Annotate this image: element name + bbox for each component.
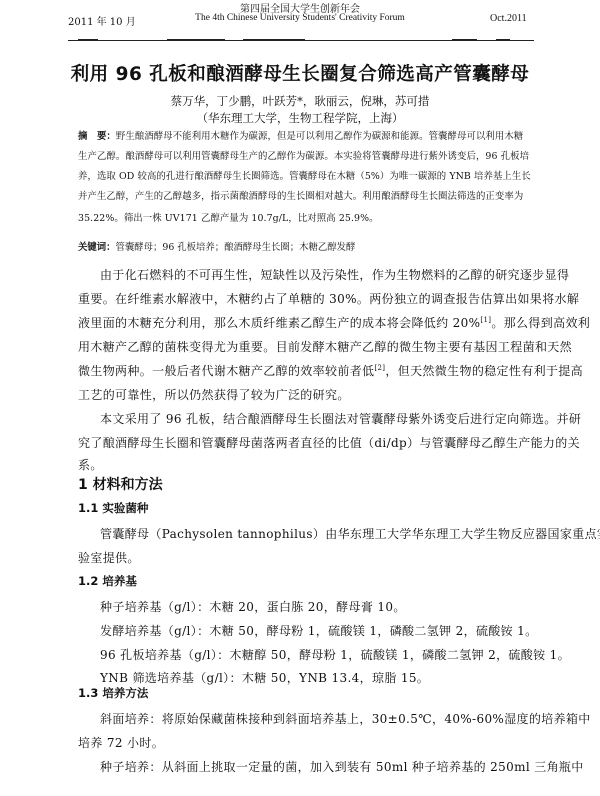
body-line: 管囊酵母（Pachysolen tannophilus）由华东理工大学华东理工大… (100, 525, 600, 542)
body-line: 培养 72 小时。 (78, 734, 164, 751)
medium-line: 种子培养基（g/l）：木糖 20，蛋白胨 20，酵母膏 10。 (100, 598, 406, 615)
citation[interactable]: [2] (374, 364, 385, 372)
section-heading: 1 材料和方法 (78, 474, 163, 494)
body-line: 重要。在纤维素水解液中，木糖约占了单糖的 30%。两份独立的调查报告估算出如果将… (78, 290, 579, 307)
body-line: 由于化石燃料的不可再生性，短缺性以及污染性，作为生物燃料的乙醇的研究逐步显得 (100, 266, 569, 283)
medium-line: 96 孔板培养基（g/l）：木糖醇 50，酵母粉 1，硫酸镁 1，磷酸二氢钾 2… (100, 646, 570, 663)
citation[interactable]: [1] (480, 316, 491, 324)
abstract-line: 35.22%。筛出一株 UV171 乙醇产量为 10.7g/L，比对照高 25.… (78, 210, 379, 224)
medium-line: YNB 筛选培养基（g/l）：木糖 50，YNB 13.4，琼脂 15。 (100, 669, 429, 686)
body-line: 验室提供。 (78, 549, 140, 566)
body-line: 系。 (78, 456, 103, 473)
abstract-line: 养，选取 OD 较高的孔进行酿酒酵母生长圈筛选。管囊酵母在木糖（5%）为唯一碳源… (78, 168, 531, 182)
abstract-label: 摘 要： (78, 131, 116, 142)
body-line: 究了酿酒酵母生长圈和管囊酵母菌落两者直径的比值（di/dp）与管囊酵母乙醇生产能… (78, 434, 580, 451)
header-rule-segment (452, 39, 477, 41)
header-rule-segment (78, 39, 98, 41)
header-date-en: Oct.2011 (490, 13, 527, 24)
abstract-line: 生产乙醇。酿酒酵母可以利用管囊酵母生产的乙醇作为碳源。本实验将管囊酵母进行紫外诱… (78, 148, 529, 162)
subsection-heading: 1.2 培养基 (78, 573, 137, 589)
header-rule-segment (496, 39, 510, 41)
header-rule-segment (167, 39, 225, 41)
keywords-label: 关键词： (78, 242, 116, 253)
medium-line: 发酵培养基（g/l）：木糖 50，酵母粉 1，硫酸镁 1，磷酸二氢钾 2，硫酸铵… (100, 622, 538, 639)
body-line: 本文采用了 96 孔板，结合酿酒酵母生长圈法对管囊酵母紫外诱变后进行定向筛选。并… (100, 410, 581, 427)
subsection-heading: 1.1 实验菌种 (78, 500, 148, 516)
keywords: 关键词：管囊酵母；96 孔板培养；酿酒酵母生长圈；木糖乙醇发酵 (78, 239, 355, 253)
paper-title: 利用 96 孔板和酿酒酵母生长圈复合筛选高产管囊酵母 (0, 60, 600, 86)
body-line: 液里面的木糖充分利用，那么木质纤维素乙醇生产的成本将会降低约 20%[1]。那么… (78, 314, 590, 331)
affiliation: （华东理工大学，生物工程学院，上海） (0, 110, 600, 126)
body-line: 斜面培养：将原始保藏菌株接种到斜面培养基上，30±0.5℃，40%-60%湿度的… (100, 710, 591, 727)
body-line: 用木糖产乙醇的菌株变得尤为重要。目前发酵木糖产乙醇的微生物主要有基因工程菌和天然 (78, 338, 572, 355)
abstract-line: 并产生乙醇，产生的乙醇越多，指示菌酿酒酵母的生长圈相对越大。利用酿酒酵母生长圈法… (78, 188, 523, 202)
abstract-line: 摘 要：野生酿酒酵母不能利用木糖作为碳源，但是可以利用乙醇作为碳源和能源。管囊酵… (78, 128, 523, 142)
body-line: 工艺的可靠性，所以仍然获得了较为广泛的研究。 (78, 386, 350, 403)
body-line: 微生物两种。一般后者代谢木糖产乙醇的效率较前者低[2]，但天然微生物的稳定性有利… (78, 362, 583, 379)
body-line: 种子培养：从斜面上挑取一定量的菌，加入到装有 50ml 种子培养基的 250ml… (100, 758, 584, 775)
header-rule-segment (243, 39, 305, 41)
subsection-heading: 1.3 培养方法 (78, 685, 148, 701)
keywords-text: 管囊酵母；96 孔板培养；酿酒酵母生长圈；木糖乙醇发酵 (116, 242, 356, 253)
author-list: 蔡万华，丁少鹏，叶跃芳*，耿丽云，倪琳，苏可措 (0, 93, 600, 109)
